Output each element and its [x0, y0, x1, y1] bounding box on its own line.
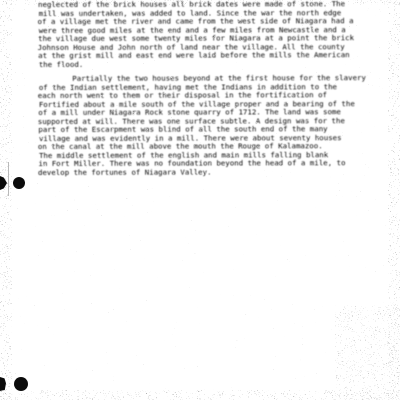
text-line: the flood.: [39, 60, 384, 69]
punch-edge-tab-bottom: [0, 377, 6, 391]
paper-edge-shadow: [8, 162, 9, 196]
text-line: supported at will. There was one surface…: [38, 117, 383, 126]
paragraph-1: neglected of the brick houses all brick …: [38, 0, 383, 69]
text-line: in Fort Miller. There was no foundation …: [38, 159, 383, 168]
text-line: The middle settlement of the english and…: [39, 151, 384, 160]
text-line: Fortified about a mile south of the vill…: [39, 100, 384, 109]
typewritten-text-block: neglected of the brick houses all brick …: [38, 0, 383, 177]
text-line: Johnson House and John north of land nea…: [38, 43, 383, 52]
paragraph-2: Partially the two houses beyond at the f…: [38, 74, 383, 177]
punch-edge-tab-top: [0, 176, 7, 190]
text-line: the village due west some twenty miles f…: [38, 34, 383, 43]
scanned-page: neglected of the brick houses all brick …: [0, 0, 400, 400]
hole-punch-top-icon: [13, 177, 25, 189]
text-line: of a mill under Niagara Rock stone quarr…: [38, 108, 383, 117]
text-line: were three good miles at the end and a f…: [39, 26, 384, 35]
hole-punch-bottom-icon: [14, 377, 28, 391]
text-line: develop the fortunes of Niagara Valley.: [38, 168, 383, 177]
